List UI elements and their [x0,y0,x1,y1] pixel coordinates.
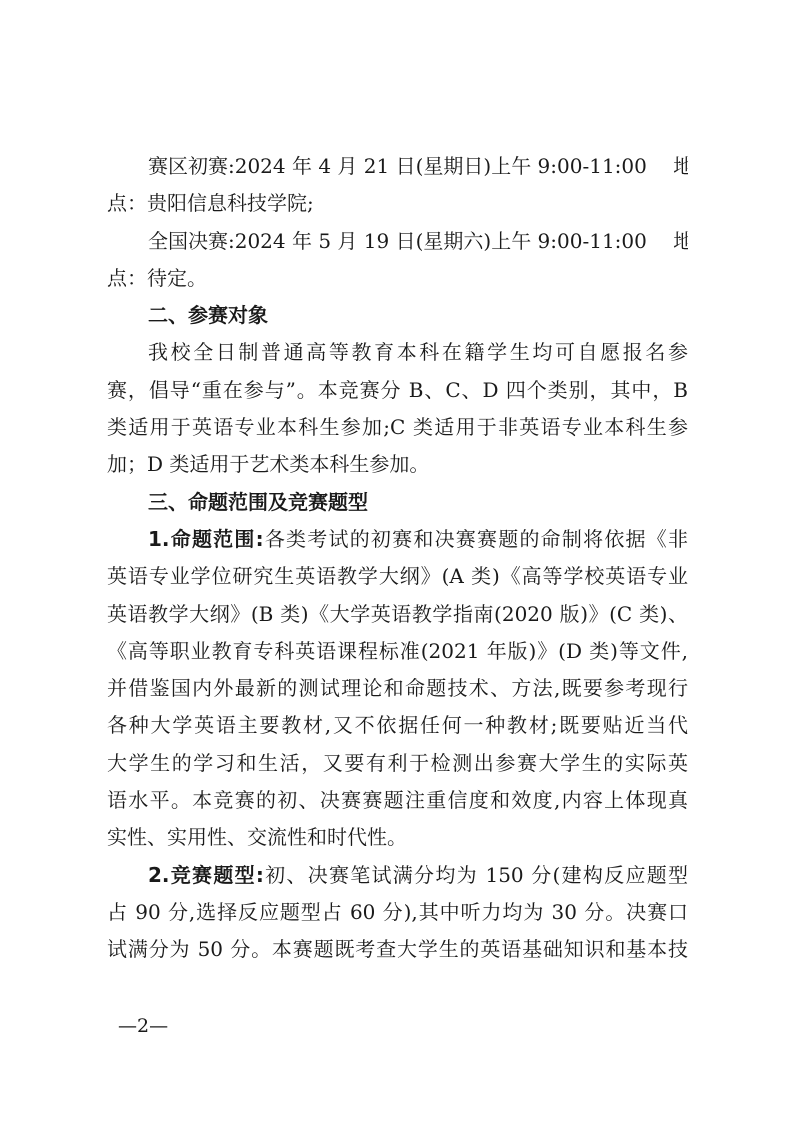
item2-lead: 2.竞赛题型: [148,863,264,887]
paragraph-line: 试满分为 50 分。本赛题既考查大学生的英语基础知识和基本技 [107,931,688,968]
section-heading-scope: 三、命题范围及竞赛题型 [107,484,688,521]
paragraph-line: 各种大学英语主要教材,又不依据任何一种教材;既要贴近当代 [107,707,688,744]
paragraph-line: 赛，倡导“重在参与”。本竞赛分 B、C、D 四个类别，其中，B [107,372,688,409]
paragraph-line: 《高等职业教育专科英语课程标准(2021 年版)》(D 类)等文件, [107,633,688,670]
paragraph-line: 大学生的学习和生活，又要有利于检测出参赛大学生的实际英 [107,745,688,782]
paragraph-line: 加；D 类适用于艺术类本科生参加。 [107,446,688,483]
schedule-regional-line2: 点：贵阳信息科技学院; [107,185,688,222]
schedule-national-line1: 全国决赛:2024 年 5 月 19 日(星期六)上午 9:00-11:00 地 [107,223,688,260]
item2-first-line: 2.竞赛题型:初、决赛笔试满分均为 150 分(建构反应题型 [107,857,688,894]
item1-lead: 1.命题范围: [148,527,264,551]
document-body: 赛区初赛:2024 年 4 月 21 日(星期日)上午 9:00-11:00 地… [107,148,688,969]
paragraph-line: 英语专业学位研究生英语教学大纲》(A 类)《高等学校英语专业 [107,558,688,595]
paragraph-line: 实性、实用性、交流性和时代性。 [107,819,688,856]
section-heading-participants: 二、参赛对象 [107,297,688,334]
item1-first-text: 各类考试的初赛和决赛赛题的命制将依据《非 [264,527,688,551]
schedule-regional-line1: 赛区初赛:2024 年 4 月 21 日(星期日)上午 9:00-11:00 地 [107,148,688,185]
paragraph-line: 我校全日制普通高等教育本科在籍学生均可自愿报名参 [107,334,688,371]
paragraph-line: 语水平。本竞赛的初、决赛赛题注重信度和效度,内容上体现真 [107,782,688,819]
paragraph-line: 占 90 分,选择反应题型占 60 分),其中听力均为 30 分。决赛口 [107,894,688,931]
paragraph-line: 类适用于英语专业本科生参加;C 类适用于非英语专业本科生参 [107,409,688,446]
page-number: —2— [118,1015,168,1037]
paragraph-line: 并借鉴国内外最新的测试理论和命题技术、方法,既要参考现行 [107,670,688,707]
item2-first-text: 初、决赛笔试满分均为 150 分(建构反应题型 [264,863,688,887]
schedule-national-line2: 点：待定。 [107,260,688,297]
paragraph-line: 英语教学大纲》(B 类)《大学英语教学指南(2020 版)》(C 类)、 [107,596,688,633]
item1-first-line: 1.命题范围:各类考试的初赛和决赛赛题的命制将依据《非 [107,521,688,558]
